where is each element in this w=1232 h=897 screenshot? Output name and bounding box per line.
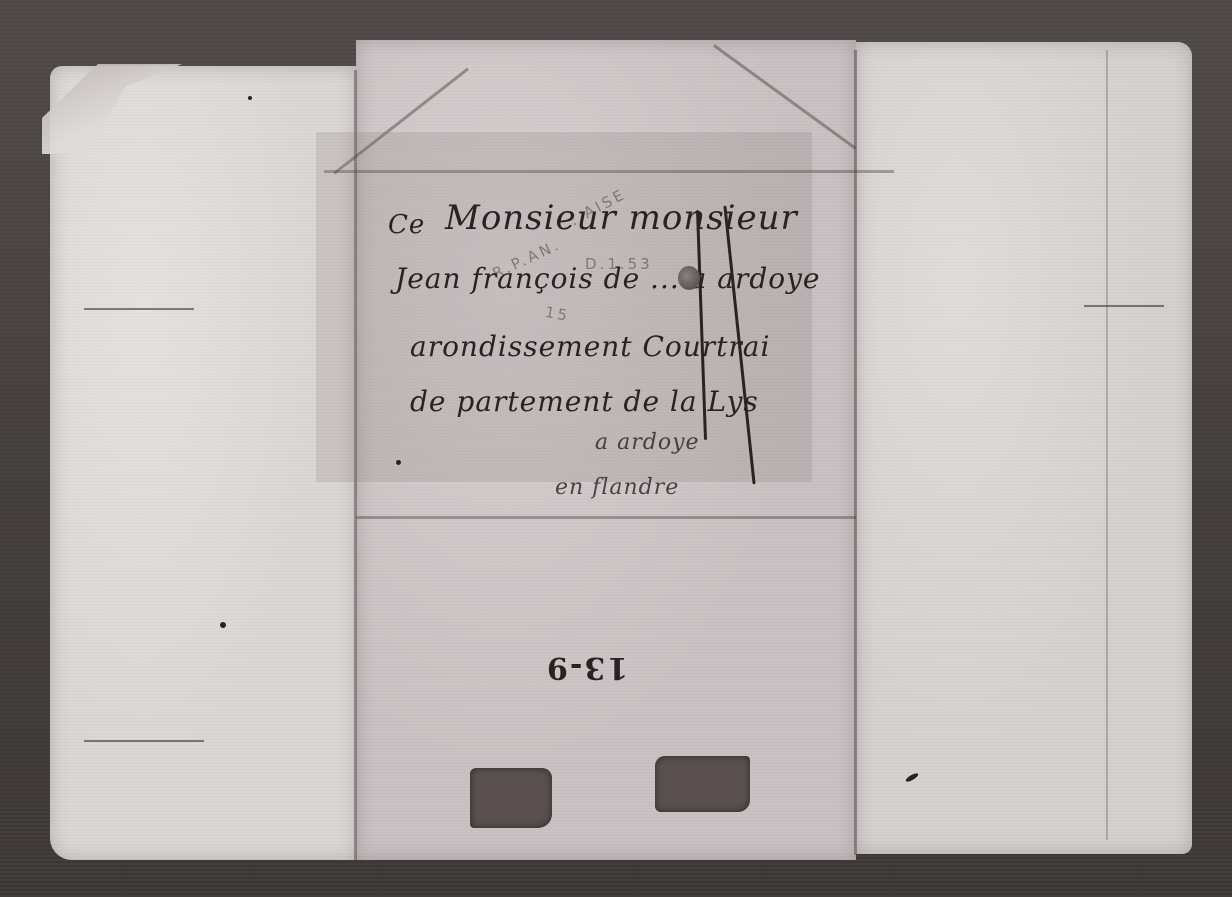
address-prefix: Ce [388, 210, 425, 240]
docket-number: 13-9 [545, 650, 628, 685]
address-department: de partement de la Lys [410, 385, 759, 418]
address-recipient-name: Jean françois de ... a ardoye [395, 262, 821, 295]
address-recipient-title: Monsieur monsieur [445, 198, 798, 238]
wax-seal-remnant-left [470, 768, 552, 828]
address-town: a ardoye [595, 430, 700, 455]
address-region: en flandre [555, 475, 679, 500]
ink-speck [396, 460, 401, 465]
ink-speck [248, 96, 252, 100]
fold-line-middle [356, 516, 856, 519]
wax-seal-remnant-right [655, 756, 750, 812]
crack-left-lower [84, 740, 204, 742]
crack-left-upper [84, 308, 194, 310]
crease-right [1106, 50, 1108, 840]
crack-right [1084, 305, 1164, 307]
seal-mark [678, 266, 700, 290]
ink-speck [220, 622, 226, 628]
address-arrondissement: arondissement Courtrai [410, 330, 770, 363]
right-flap [856, 42, 1192, 854]
